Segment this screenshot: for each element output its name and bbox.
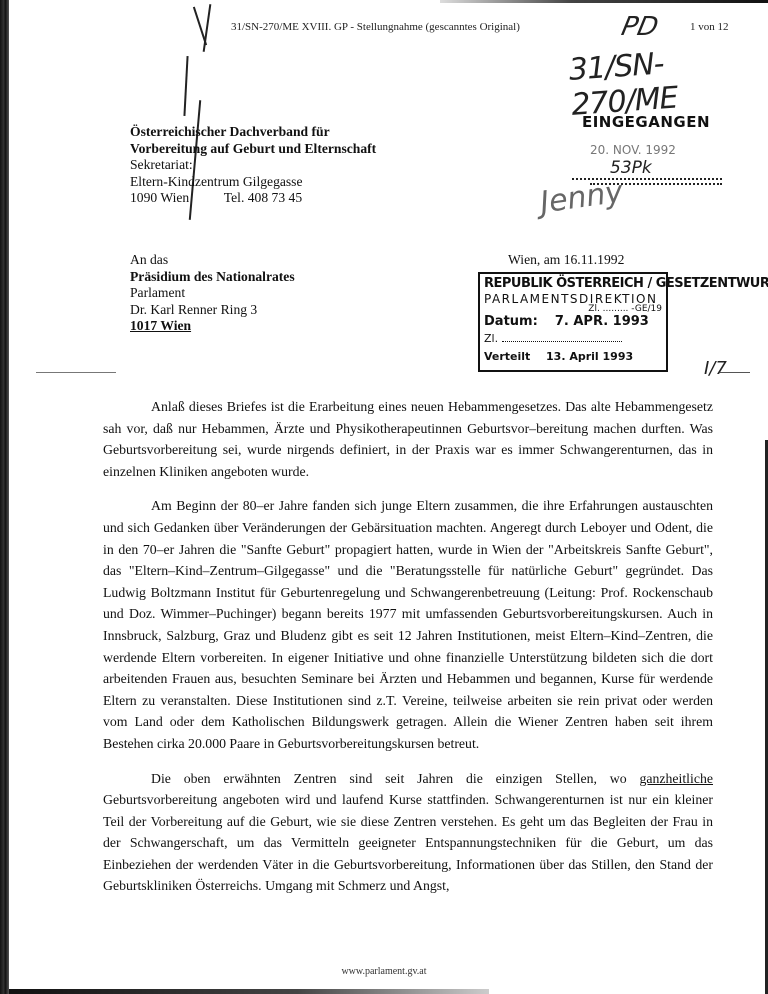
body-paragraph-1: Anlaß dieses Briefes ist die Erarbeitung…: [103, 396, 713, 482]
sender-phone: Tel. 408 73 45: [224, 190, 302, 205]
recipient-line2: Präsidium des Nationalrates: [130, 269, 295, 286]
scan-edge-left: [0, 0, 9, 994]
received-stamp-dotted-line: [572, 178, 722, 180]
received-stamp-dotted-line: [590, 183, 722, 185]
parliament-stamp-date-value: 7. APR. 1993: [555, 314, 649, 329]
handwritten-reference: 31/SN-270/ME: [568, 39, 768, 123]
received-stamp-label: EINGEGANGEN: [566, 113, 726, 131]
scan-edge-bottom: [9, 989, 489, 994]
letter-date: Wien, am 16.11.1992: [508, 252, 624, 268]
dotted-line: [502, 341, 622, 342]
parliament-stamp-zl-label: Zl.: [484, 332, 498, 345]
sender-org-line1: Österreichischer Dachverband für: [130, 124, 376, 141]
parliament-stamp-ref: Zl. ......... -GE/19: [484, 304, 662, 314]
sender-address: Österreichischer Dachverband für Vorbere…: [130, 124, 376, 207]
parliament-stamp-distributed-label: Verteilt: [484, 350, 530, 363]
sender-center: Eltern-Kindzentrum Gilgegasse: [130, 174, 376, 191]
body-paragraph-3-start: Die oben erwähnten Zentren sind seit Jah…: [151, 771, 639, 786]
recipient-line4: Dr. Karl Renner Ring 3: [130, 302, 295, 319]
handwritten-initials: PD: [619, 12, 661, 42]
underlined-word: ganzheitliche: [639, 771, 713, 786]
received-stamp-number: 53Pk: [610, 158, 652, 178]
parliament-stamp: REPUBLIK ÖSTERREICH / GESETZENTWURF PARL…: [478, 272, 668, 372]
parliament-stamp-distributed-row: Verteilt 13. April 1993: [484, 350, 662, 363]
document-header-title: 31/SN-270/ME XVIII. GP - Stellungnahme (…: [231, 21, 520, 33]
pen-stroke-mark: [183, 56, 188, 116]
body-paragraph-2: Am Beginn der 80–er Jahre fanden sich ju…: [103, 495, 713, 754]
parliament-stamp-row1: REPUBLIK ÖSTERREICH / GESETZENTWURF: [484, 276, 662, 291]
parliament-stamp-distributed-value: 13. April 1993: [546, 350, 633, 363]
body-paragraph-3: Die oben erwähnten Zentren sind seit Jah…: [103, 768, 713, 898]
sender-city: 1090 Wien: [130, 190, 189, 205]
handwritten-marginal-note: I/7: [704, 358, 727, 379]
footer-url: www.parlament.gv.at: [0, 966, 768, 977]
scan-artifact-line: [720, 372, 750, 373]
scan-artifact-line: [36, 372, 116, 373]
parliament-stamp-date-label: Datum:: [484, 314, 538, 329]
page-number: 1 von 12: [690, 21, 729, 33]
parliament-stamp-date-row: Datum: 7. APR. 1993: [484, 314, 662, 329]
recipient-line1: An das: [130, 252, 295, 269]
sender-city-phone: 1090 Wien Tel. 408 73 45: [130, 190, 376, 207]
body-paragraph-3-rest: Geburtsvorbereitung angeboten wird und l…: [103, 792, 713, 893]
scan-edge-top: [440, 0, 768, 3]
letter-body: Anlaß dieses Briefes ist die Erarbeitung…: [103, 396, 713, 910]
recipient-line3: Parlament: [130, 285, 295, 302]
recipient-address: An das Präsidium des Nationalrates Parla…: [130, 252, 295, 335]
sender-org-line2: Vorbereitung auf Geburt und Elternschaft: [130, 141, 376, 158]
parliament-stamp-zl-row: Zl.: [484, 332, 662, 345]
recipient-line5: 1017 Wien: [130, 318, 295, 335]
handwritten-signature: Jenny: [538, 174, 625, 220]
received-stamp-date: 20. NOV. 1992: [590, 143, 676, 157]
sender-secretariat: Sekretariat:: [130, 157, 376, 174]
